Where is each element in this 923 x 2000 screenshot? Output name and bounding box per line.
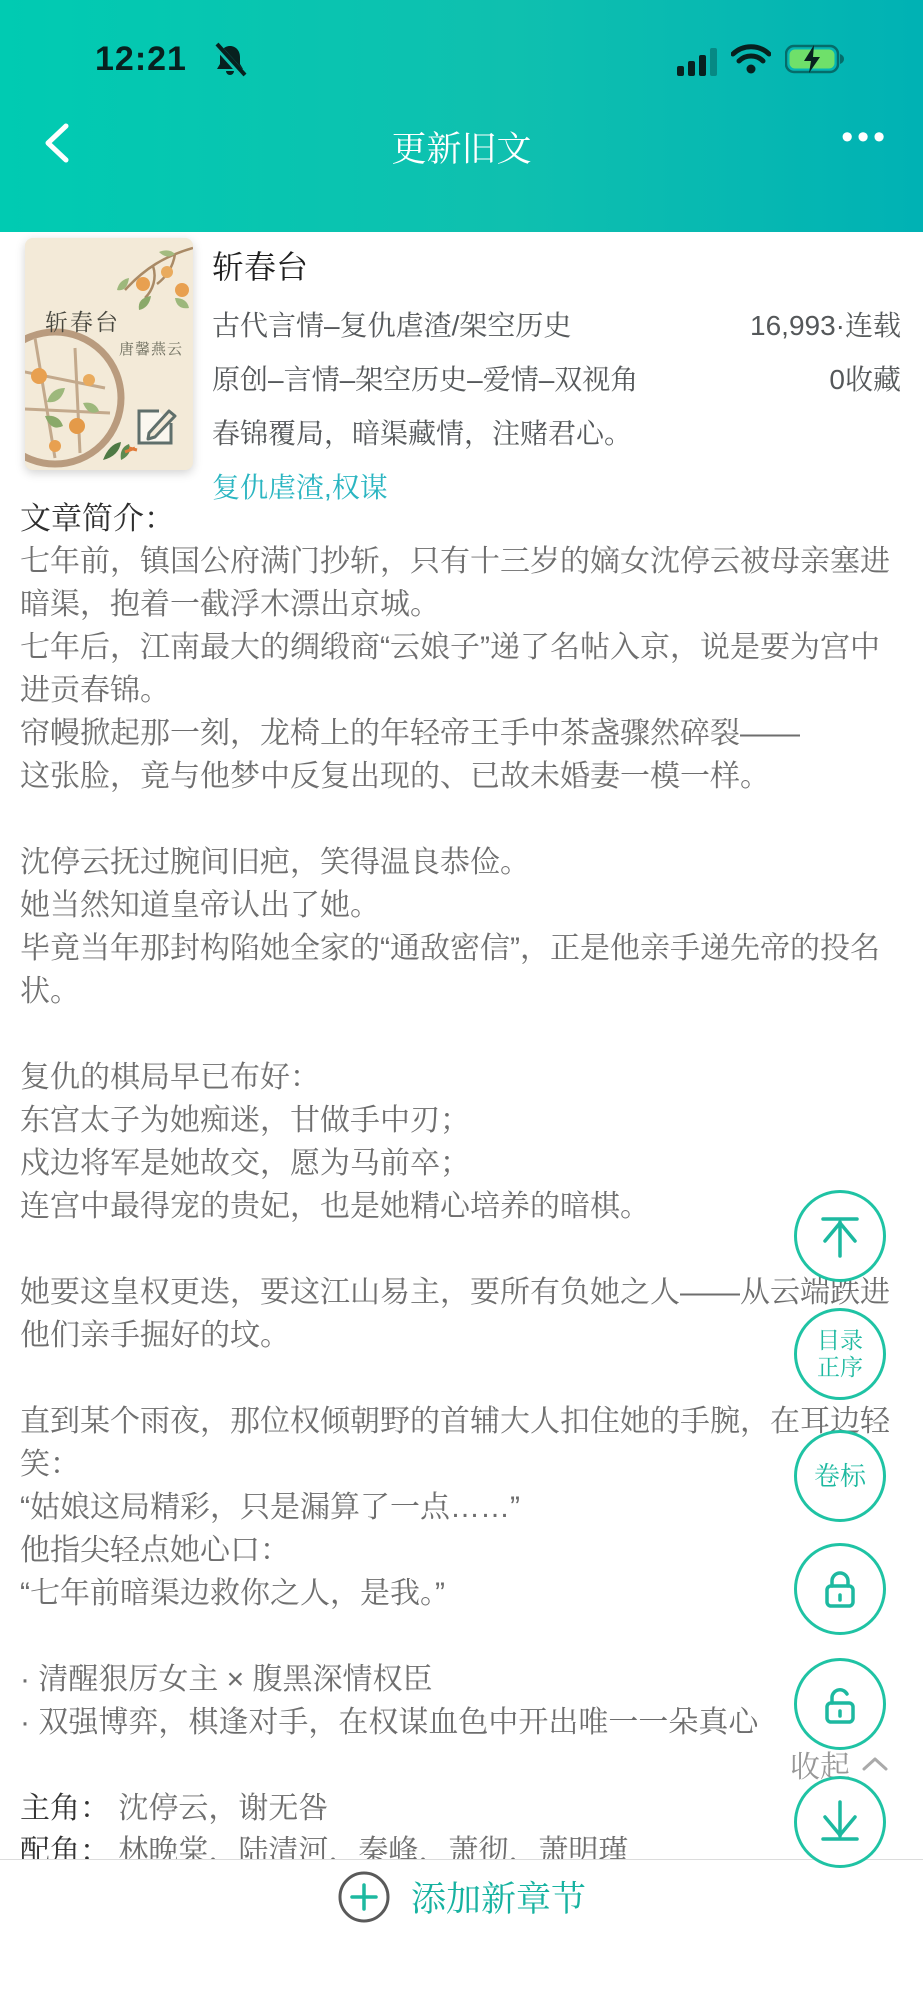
synopsis-line: 沈停云抚过腕间旧疤，笑得温良恭俭。: [20, 841, 903, 884]
add-chapter-button[interactable]: 添加新章节: [0, 1870, 923, 1924]
battery-charging-icon: [785, 44, 847, 79]
synopsis-line: “姑娘这局精彩，只是漏算了一点……”: [20, 1486, 903, 1529]
add-chapter-label: 添加新章节: [411, 1872, 586, 1922]
status-time: 12:21: [95, 40, 187, 79]
chevron-up-icon: [860, 1754, 890, 1774]
synopsis-line: 她要这皇权更迭，要这江山易主，要所有负她之人——从云端跌进他们亲手掘好的坟。: [20, 1271, 903, 1357]
synopsis-line: 直到某个雨夜，那位权倾朝野的首辅大人扣住她的手腕，在耳边轻笑：: [20, 1400, 903, 1486]
more-options-button[interactable]: •••: [841, 118, 889, 157]
plus-circle-icon: [337, 1870, 391, 1924]
book-tags: 原创–言情–架空历史–爱情–双视角: [212, 358, 638, 398]
arrow-to-top-icon: [812, 1208, 868, 1264]
wifi-icon: [731, 44, 771, 79]
synopsis-line: 七年前，镇国公府满门抄斩，只有十三岁的嫡女沈停云被母亲塞进暗渠，抱着一截浮木漂出…: [20, 540, 903, 626]
cellular-signal-icon: [677, 48, 717, 76]
synopsis-paragraphs: 七年前，镇国公府满门抄斩，只有十三岁的嫡女沈停云被母亲塞进暗渠，抱着一截浮木漂出…: [20, 540, 903, 1787]
lock-open-icon: [812, 1676, 868, 1732]
navbar: 更新旧文 •••: [0, 108, 923, 178]
header: 12:21: [0, 0, 923, 232]
synopsis-line: · 双强博弈，棋逢对手，在权谋血色中开出唯一一朵真心: [20, 1701, 903, 1744]
toc-order-button[interactable]: 目录 正序: [794, 1308, 886, 1400]
book-cover[interactable]: 斩春台 唐馨燕云: [25, 238, 193, 470]
book-stats: 16,993·连载: [750, 304, 901, 344]
lock-button[interactable]: [794, 1543, 886, 1635]
unlock-button[interactable]: [794, 1658, 886, 1750]
book-tagline: 春锦覆局，暗渠藏情，注赌君心。: [212, 412, 901, 452]
bottom-bar: 添加新章节: [0, 1859, 923, 2000]
edit-cover-icon[interactable]: [135, 403, 179, 452]
cover-title: 斩春台: [25, 304, 140, 337]
synopsis-line: 这张脸，竟与他梦中反复出现的、已故未婚妻一模一样。: [20, 755, 903, 798]
synopsis-line: 帘幔掀起那一刻，龙椅上的年轻帝王手中茶盏骤然碎裂——: [20, 712, 903, 755]
synopsis-line: [20, 1013, 903, 1056]
synopsis-line: 连宫中最得宠的贵妃，也是她精心培养的暗棋。: [20, 1185, 903, 1228]
toc-order-label-line2: 正序: [817, 1354, 863, 1381]
book-genre: 古代言情–复仇虐渣/架空历史: [212, 304, 571, 344]
synopsis-line: 他指尖轻点她心口：: [20, 1529, 903, 1572]
book-info: 斩春台 古代言情–复仇虐渣/架空历史 16,993·连载 原创–言情–架空历史–…: [212, 242, 901, 506]
synopsis-line: 她当然知道皇帝认出了她。: [20, 884, 903, 927]
synopsis-heading: 文章简介：: [20, 497, 903, 540]
synopsis-line: [20, 1615, 903, 1658]
arrow-to-bottom-icon: [812, 1794, 868, 1850]
app-screen: 12:21: [0, 0, 923, 2000]
status-icons: [677, 44, 847, 79]
scroll-to-top-button[interactable]: [794, 1190, 886, 1282]
synopsis: 文章简介： 七年前，镇国公府满门抄斩，只有十三岁的嫡女沈停云被母亲塞进暗渠，抱着…: [20, 497, 903, 1873]
toc-order-label-line1: 目录: [817, 1327, 863, 1354]
synopsis-line: [20, 1228, 903, 1271]
lock-closed-icon: [812, 1561, 868, 1617]
cover-author: 唐馨燕云: [119, 338, 183, 359]
synopsis-line: 七年后，江南最大的绸缎商“云娘子”递了名帖入京，说是要为宫中进贡春锦。: [20, 626, 903, 712]
notifications-muted-icon: [212, 42, 248, 85]
main-characters-value: 沈停云，谢无咎: [110, 1792, 328, 1825]
main-characters-label: 主角：: [20, 1792, 110, 1825]
volume-label-button[interactable]: 卷标: [794, 1430, 886, 1522]
book-collections: 0收藏: [829, 358, 901, 398]
synopsis-line: 东宫太子为她痴迷，甘做手中刃；: [20, 1099, 903, 1142]
synopsis-line: 复仇的棋局早已布好：: [20, 1056, 903, 1099]
synopsis-line: [20, 1357, 903, 1400]
synopsis-line: [20, 1744, 903, 1787]
synopsis-line: “七年前暗渠边救你之人，是我。”: [20, 1572, 903, 1615]
scroll-to-bottom-button[interactable]: [794, 1776, 886, 1868]
book-title: 斩春台: [212, 242, 901, 288]
synopsis-line: 毕竟当年那封构陷她全家的“通敌密信”，正是他亲手递先帝的投名状。: [20, 927, 903, 1013]
main-characters-row: 主角： 沈停云，谢无咎: [20, 1787, 903, 1830]
page-title: 更新旧文: [0, 122, 923, 172]
synopsis-line: 戍边将军是她故交，愿为马前卒；: [20, 1142, 903, 1185]
synopsis-line: · 清醒狠厉女主 × 腹黑深情权臣: [20, 1658, 903, 1701]
synopsis-line: [20, 798, 903, 841]
volume-label: 卷标: [814, 1461, 866, 1491]
